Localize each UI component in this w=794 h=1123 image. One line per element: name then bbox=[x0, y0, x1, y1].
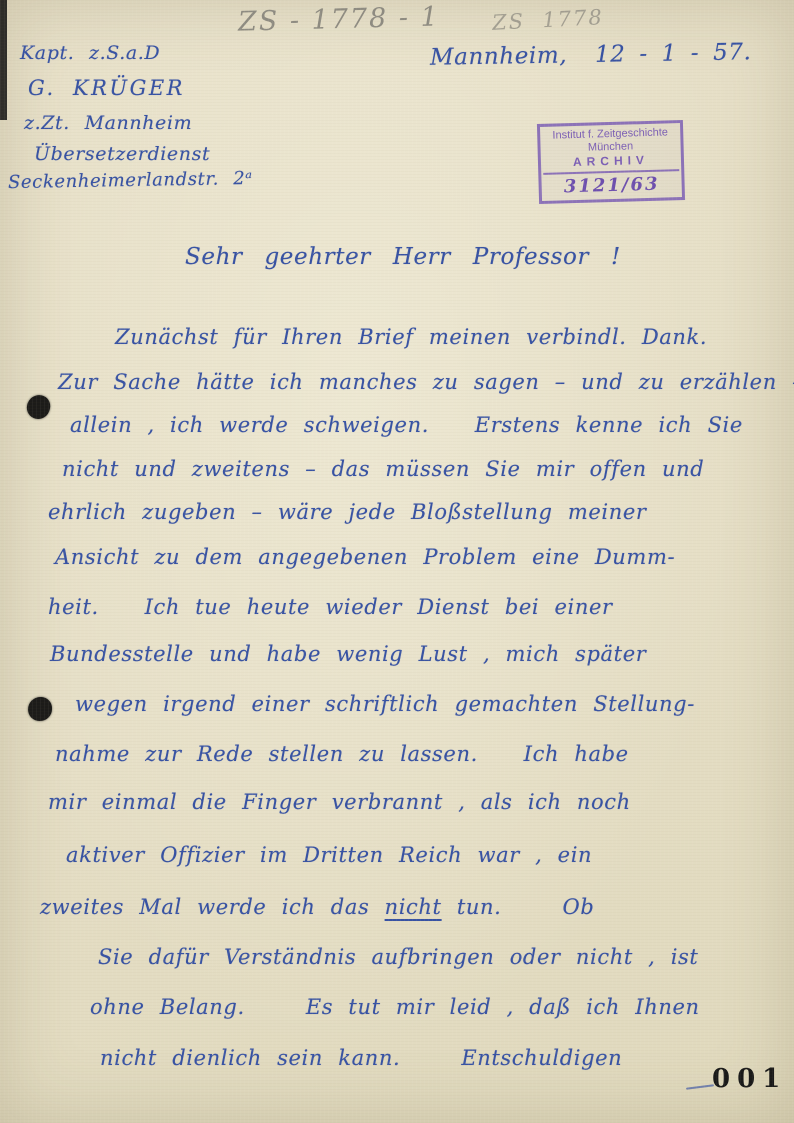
stamp-number: 3121/63 bbox=[564, 174, 660, 198]
archival-code-main: ZS - 1778 - 1 bbox=[238, 1, 440, 37]
body-line-9: wegen irgend einer schriftlich gemachten… bbox=[75, 692, 695, 716]
salutation: Sehr geehrter Herr Professor ! bbox=[185, 244, 621, 270]
body-line-13-underlined-word: nicht bbox=[385, 895, 442, 919]
ink-stroke-tail bbox=[686, 1084, 714, 1089]
body-line-5: ehrlich zugeben – wäre jede Bloßstellung… bbox=[48, 500, 647, 524]
body-line-8: Bundesstelle und habe wenig Lust , mich … bbox=[50, 642, 646, 666]
punch-hole-bottom bbox=[28, 697, 52, 721]
dateline: Mannheim, 12 - 1 - 57. bbox=[430, 39, 752, 71]
body-line-11: mir einmal die Finger verbrannt , als ic… bbox=[48, 790, 631, 814]
body-line-12: aktiver Offizier im Dritten Reich war , … bbox=[66, 843, 592, 867]
body-line-13-post: tun. Ob bbox=[442, 895, 595, 919]
body-line-1: Zunächst für Ihren Brief meinen verbindl… bbox=[115, 325, 707, 349]
stamp-number-box: 3121/63 bbox=[543, 169, 680, 201]
body-line-10: nahme zur Rede stellen zu lassen. Ich ha… bbox=[55, 742, 629, 766]
body-line-3: allein , ich werde schweigen. Erstens ke… bbox=[70, 413, 743, 437]
stamp-archiv-line: ARCHIV bbox=[543, 152, 679, 171]
sender-street: Seckenheimerlandstr. 2ᵃ bbox=[8, 168, 253, 193]
body-line-13: zweites Mal werde ich das nicht tun. Ob bbox=[40, 895, 594, 919]
page-number-stamp: 001 bbox=[712, 1064, 787, 1094]
body-line-16: nicht dienlich sein kann. Entschuldigen bbox=[100, 1046, 622, 1070]
scan-edge-shadow bbox=[0, 0, 7, 120]
body-line-2: Zur Sache hätte ich manches zu sagen – u… bbox=[58, 370, 794, 394]
punch-hole-top bbox=[25, 393, 52, 421]
body-line-6: Ansicht zu dem angegebenen Problem eine … bbox=[55, 545, 675, 569]
sender-service: Übersetzerdienst bbox=[34, 143, 210, 165]
body-line-15: ohne Belang. Es tut mir leid , daß ich I… bbox=[90, 995, 700, 1019]
sender-city: z.Zt. Mannheim bbox=[24, 112, 192, 134]
body-line-13-pre: zweites Mal werde ich das bbox=[40, 895, 385, 919]
archival-code-secondary: ZS 1778 bbox=[491, 5, 604, 35]
sender-name: G. KRÜGER bbox=[28, 76, 185, 100]
sender-rank: Kapt. z.S.a.D bbox=[20, 42, 160, 64]
body-line-4: nicht und zweitens – das müssen Sie mir … bbox=[62, 457, 704, 481]
scanned-letter-page: ZS - 1778 - 1 ZS 1778 Kapt. z.S.a.D G. K… bbox=[0, 0, 794, 1123]
archive-stamp: Institut f. Zeitgeschichte München ARCHI… bbox=[537, 120, 685, 204]
body-line-14: Sie dafür Verständnis aufbringen oder ni… bbox=[98, 945, 698, 969]
body-line-7: heit. Ich tue heute wieder Dienst bei ei… bbox=[48, 595, 613, 619]
